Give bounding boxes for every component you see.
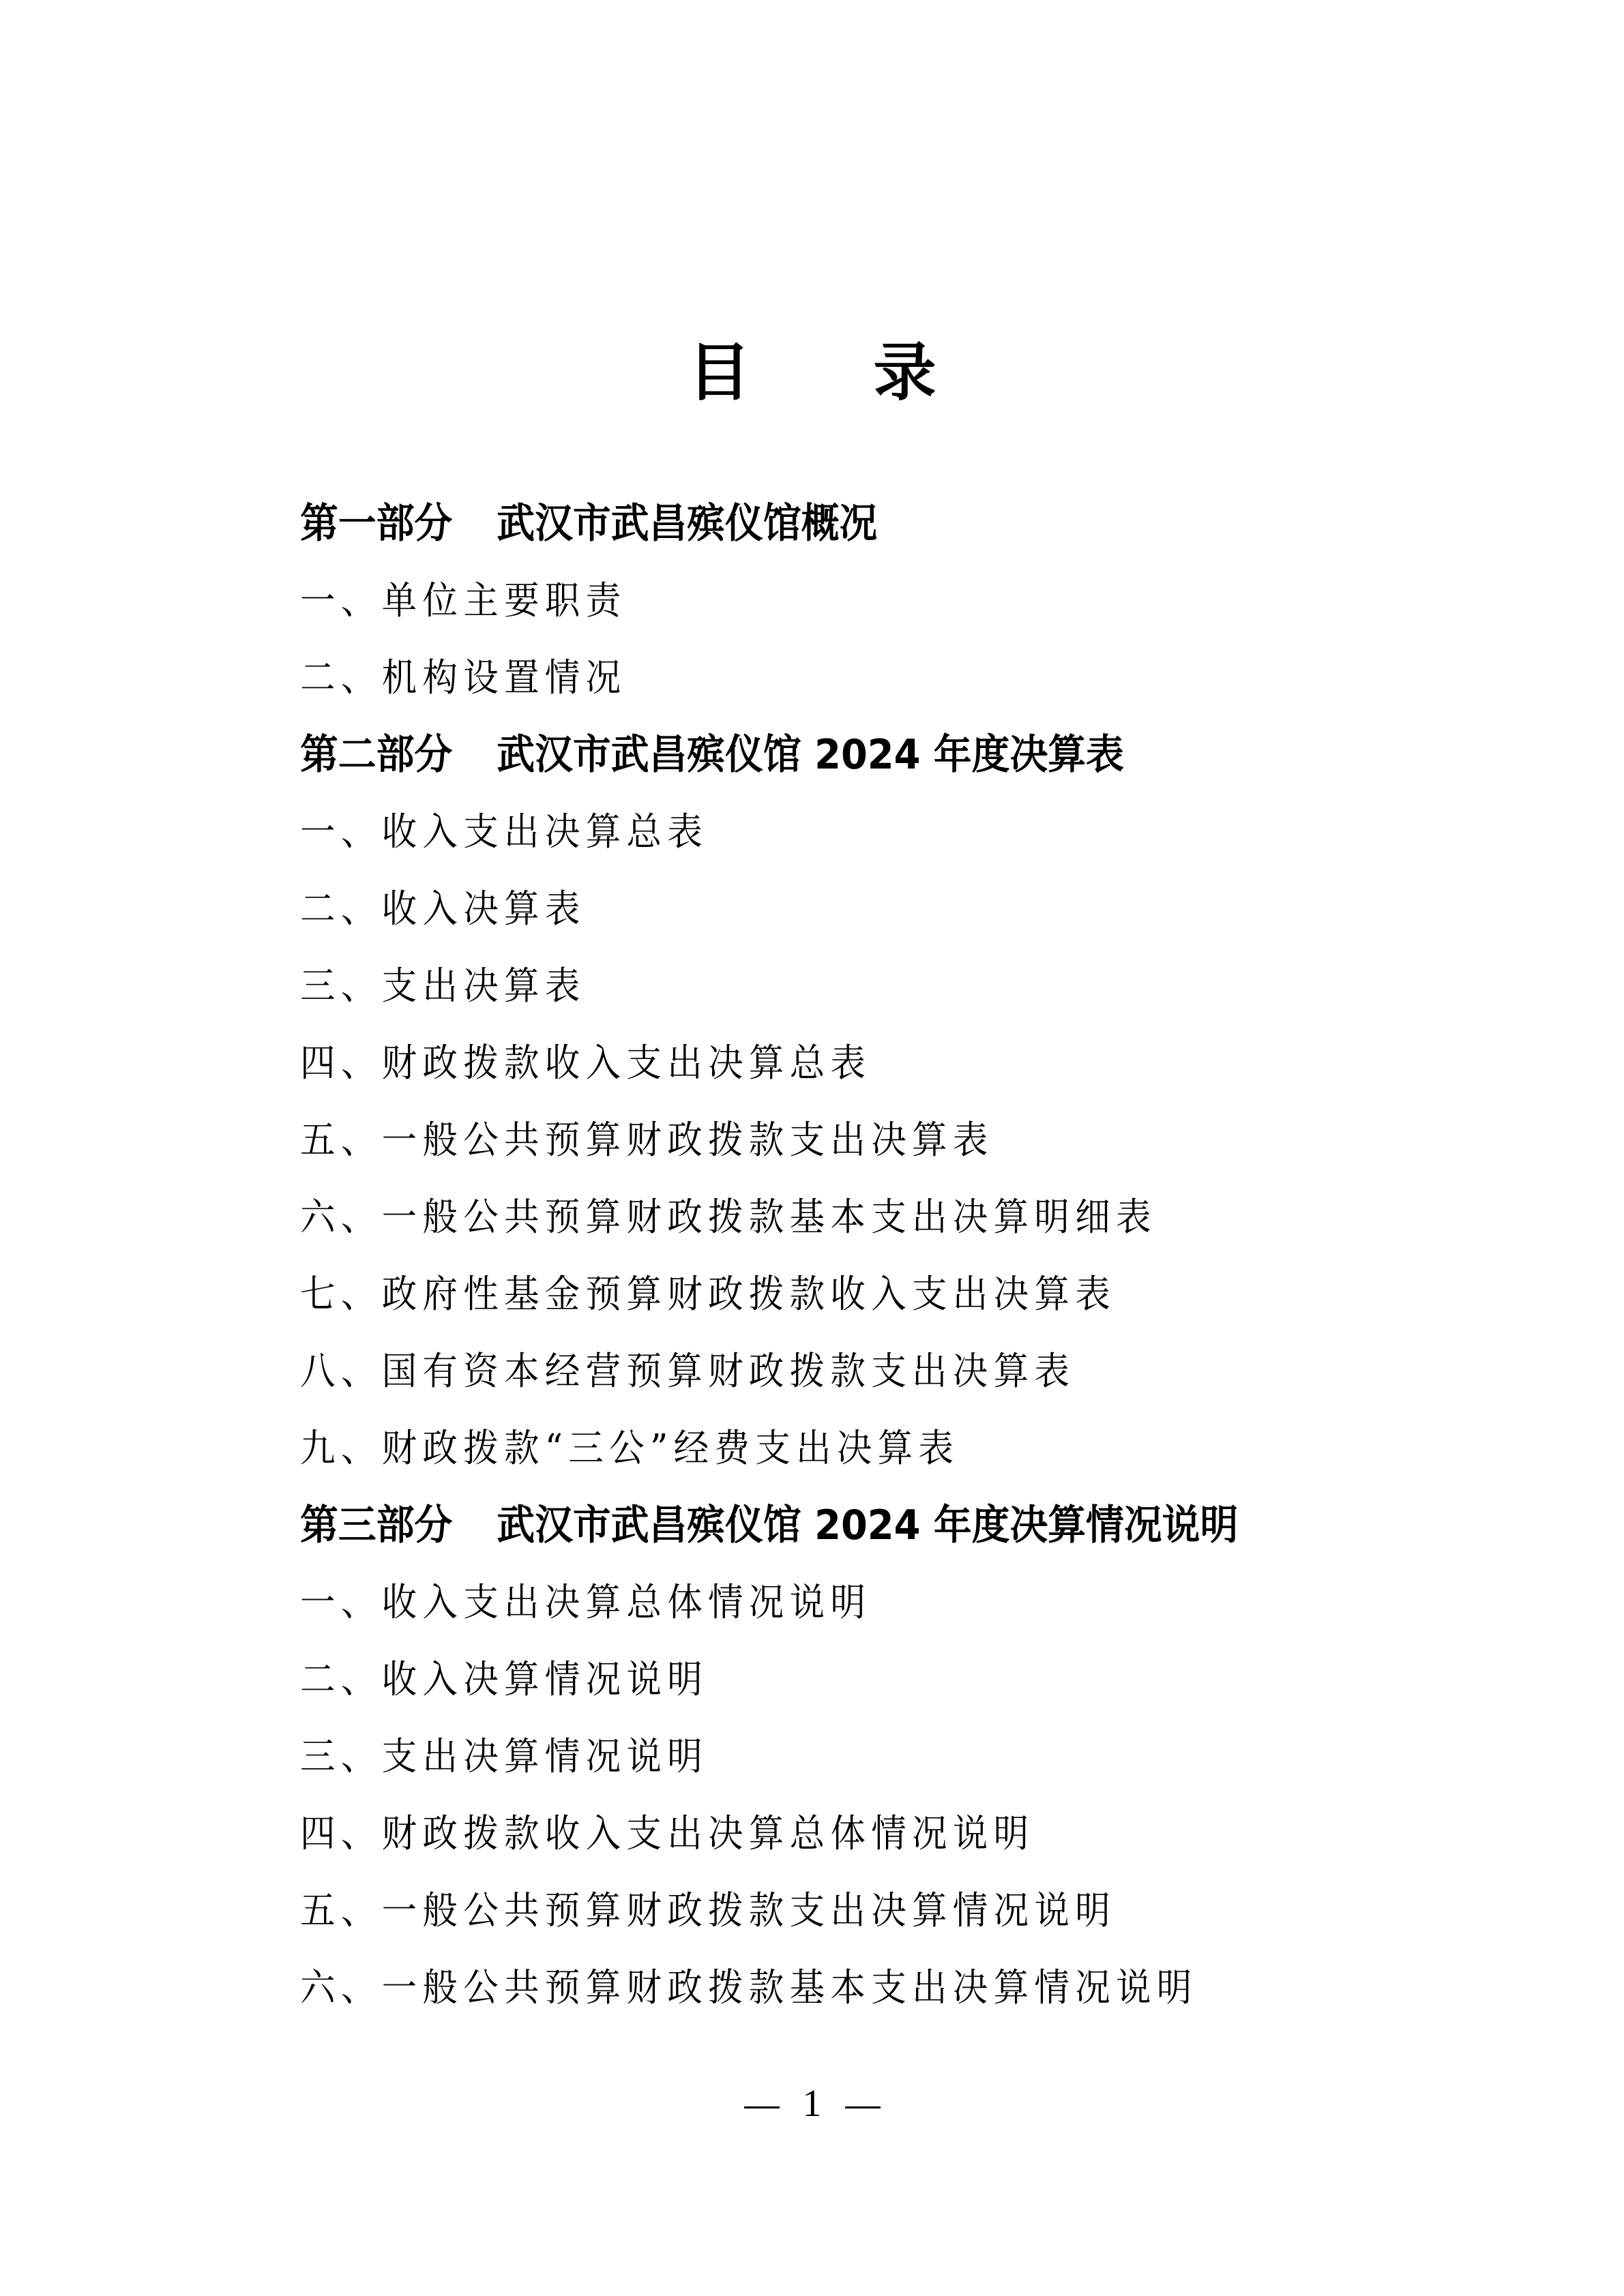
toc-item[interactable]: 一、收入支出决算总体情况说明 — [300, 1564, 1367, 1641]
toc-part-heading-3[interactable]: 第三部分武汉市武昌殡仪馆 2024 年度决算情况说明 — [300, 1487, 1378, 1564]
toc-item[interactable]: 一、单位主要职责 — [300, 563, 1367, 640]
toc-item[interactable]: 四、财政拨款收入支出决算总体情况说明 — [300, 1795, 1367, 1873]
page-title-char-2: 录 — [874, 329, 936, 417]
dash-left — [744, 2106, 780, 2108]
toc-item[interactable]: 九、财政拨款“三公”经费支出决算表 — [300, 1410, 1367, 1487]
toc-part-label: 第三部分 — [300, 1487, 452, 1564]
toc-part-heading-2[interactable]: 第二部分武汉市武昌殡仪馆 2024 年度决算表 — [300, 717, 1378, 794]
toc-item[interactable]: 五、一般公共预算财政拨款支出决算情况说明 — [300, 1873, 1367, 1950]
toc-part-heading-1[interactable]: 第一部分武汉市武昌殡仪馆概况 — [300, 486, 1378, 563]
toc-part-title: 武汉市武昌殡仪馆 2024 年度决算表 — [497, 717, 1124, 794]
toc-item[interactable]: 三、支出决算表 — [300, 948, 1367, 1025]
toc-part-label: 第二部分 — [300, 717, 452, 794]
toc-item[interactable]: 八、国有资本经营预算财政拨款支出决算表 — [300, 1333, 1367, 1410]
toc-part-title: 武汉市武昌殡仪馆概况 — [497, 486, 877, 563]
toc-item[interactable]: 二、收入决算情况说明 — [300, 1641, 1367, 1718]
page-title-char-1: 目 — [688, 329, 750, 417]
toc-item[interactable]: 七、政府性基金预算财政拨款收入支出决算表 — [300, 1256, 1367, 1333]
toc-item[interactable]: 五、一般公共预算财政拨款支出决算表 — [300, 1102, 1367, 1179]
toc-item[interactable]: 四、财政拨款收入支出决算总表 — [300, 1025, 1367, 1102]
toc-item[interactable]: 六、一般公共预算财政拨款基本支出决算明细表 — [300, 1179, 1367, 1256]
toc-part-label: 第一部分 — [300, 486, 452, 563]
page-number: 1 — [0, 2076, 1624, 2131]
toc-part-title: 武汉市武昌殡仪馆 2024 年度决算情况说明 — [497, 1487, 1238, 1564]
dash-right — [845, 2106, 881, 2108]
page-number-value: 1 — [803, 2083, 822, 2125]
toc-item[interactable]: 六、一般公共预算财政拨款基本支出决算情况说明 — [300, 1950, 1367, 2027]
table-of-contents: 第一部分武汉市武昌殡仪馆概况 一、单位主要职责 二、机构设置情况 第二部分武汉市… — [300, 486, 1460, 2027]
toc-item[interactable]: 一、收入支出决算总表 — [300, 794, 1367, 871]
toc-item[interactable]: 二、收入决算表 — [300, 871, 1367, 948]
toc-item[interactable]: 二、机构设置情况 — [300, 640, 1367, 717]
toc-item[interactable]: 三、支出决算情况说明 — [300, 1718, 1367, 1795]
page-title: 目录 — [0, 329, 1624, 417]
